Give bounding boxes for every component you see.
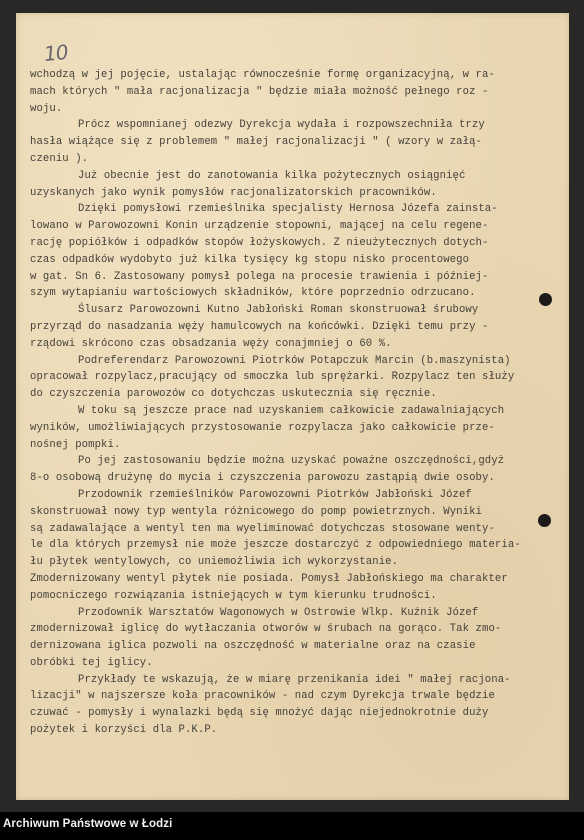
text-line: czuwać - pomysły i wynalazki będą się mn… <box>30 705 550 722</box>
text-line: rację popiółków i odpadków stopów łożysk… <box>30 235 550 252</box>
text-line: opracował rozpylacz,pracujący od smoczka… <box>30 369 550 386</box>
text-line: W toku są jeszcze prace nad uzyskaniem c… <box>30 403 550 420</box>
text-line: lowano w Parowozowni Konin urządzenie st… <box>30 218 550 235</box>
text-line: zmodernizował iglicę do wytłaczania otwo… <box>30 621 550 638</box>
text-line: obróbki tej iglicy. <box>30 655 550 672</box>
text-line: hasła wiążące się z problemem " małej ra… <box>30 134 550 151</box>
text-line: czeniu ). <box>30 151 550 168</box>
document-page: 10 wchodzą w jej pojęcie, ustalając równ… <box>16 13 569 800</box>
text-line: pomocniczego rozwiązania istniejących w … <box>30 588 550 605</box>
text-line: wyników, umożliwiających przystosowanie … <box>30 420 550 437</box>
archive-name: Archiwum Państwowe w Łodzi <box>3 818 172 830</box>
text-line: Ślusarz Parowozowni Kutno Jabłoński Roma… <box>30 302 550 319</box>
text-line: przyrząd do nasadzania węży hamulcowych … <box>30 319 550 336</box>
text-line: mach których " mała racjonalizacja " będ… <box>30 84 550 101</box>
text-line: pożytek i korzyści dla P.K.P. <box>30 722 550 739</box>
text-line: Przodownik rzemieślników Parowozowni Pio… <box>30 487 550 504</box>
text-line: czas odpadków wydobyto już kilka tysięcy… <box>30 252 550 269</box>
text-line: uzyskanych jako wynik pomysłów racjonali… <box>30 185 550 202</box>
text-line: skonstruował nowy typ wentyla różnicoweg… <box>30 504 550 521</box>
text-line: lizacji" w najszersze koła pracowników -… <box>30 688 550 705</box>
text-line: rządowi skrócono czas obsadzania węży co… <box>30 336 550 353</box>
text-line: Zmodernizowany wentyl płytek nie posiada… <box>30 571 550 588</box>
archive-footer: Archiwum Państwowe w Łodzi <box>0 812 584 840</box>
typewritten-body: wchodzą w jej pojęcie, ustalając równocz… <box>30 67 550 739</box>
text-line: le dla których przemysł nie może jeszcze… <box>30 537 550 554</box>
text-line: Po jej zastosowaniu będzie można uzyskać… <box>30 453 550 470</box>
punch-hole-icon <box>538 514 551 527</box>
text-line: woju. <box>30 101 550 118</box>
text-line: Przykłady te wskazują, że w miarę przeni… <box>30 672 550 689</box>
text-line: dernizowana iglica pozwoli na oszczędnoś… <box>30 638 550 655</box>
text-line: Przodownik Warsztatów Wagonowych w Ostro… <box>30 605 550 622</box>
text-line: są zadawalające a wentyl ten ma wyelimin… <box>30 521 550 538</box>
scan-frame: 10 wchodzą w jej pojęcie, ustalając równ… <box>0 0 584 812</box>
text-line: Podreferendarz Parowozowni Piotrków Pota… <box>30 353 550 370</box>
text-line: do czyszczenia parowozów co dotychczas u… <box>30 386 550 403</box>
text-line: Już obecnie jest do zanotowania kilka po… <box>30 168 550 185</box>
text-line: Dzięki pomysłowi rzemieślnika specjalist… <box>30 201 550 218</box>
text-line: Prócz wspomnianej odezwy Dyrekcja wydała… <box>30 117 550 134</box>
text-line: nośnej pompki. <box>30 437 550 454</box>
text-line: wchodzą w jej pojęcie, ustalając równocz… <box>30 67 550 84</box>
text-line: w gat. Sn 6. Zastosowany pomysł polega n… <box>30 269 550 286</box>
text-line: szym wytapianiu wartościowych składników… <box>30 285 550 302</box>
text-line: łu płytek wentylowych, co uniemożliwia i… <box>30 554 550 571</box>
handwritten-page-number: 10 <box>43 40 69 66</box>
text-line: 8-o osobową drużynę do mycia i czyszczen… <box>30 470 550 487</box>
punch-hole-icon <box>539 293 552 306</box>
